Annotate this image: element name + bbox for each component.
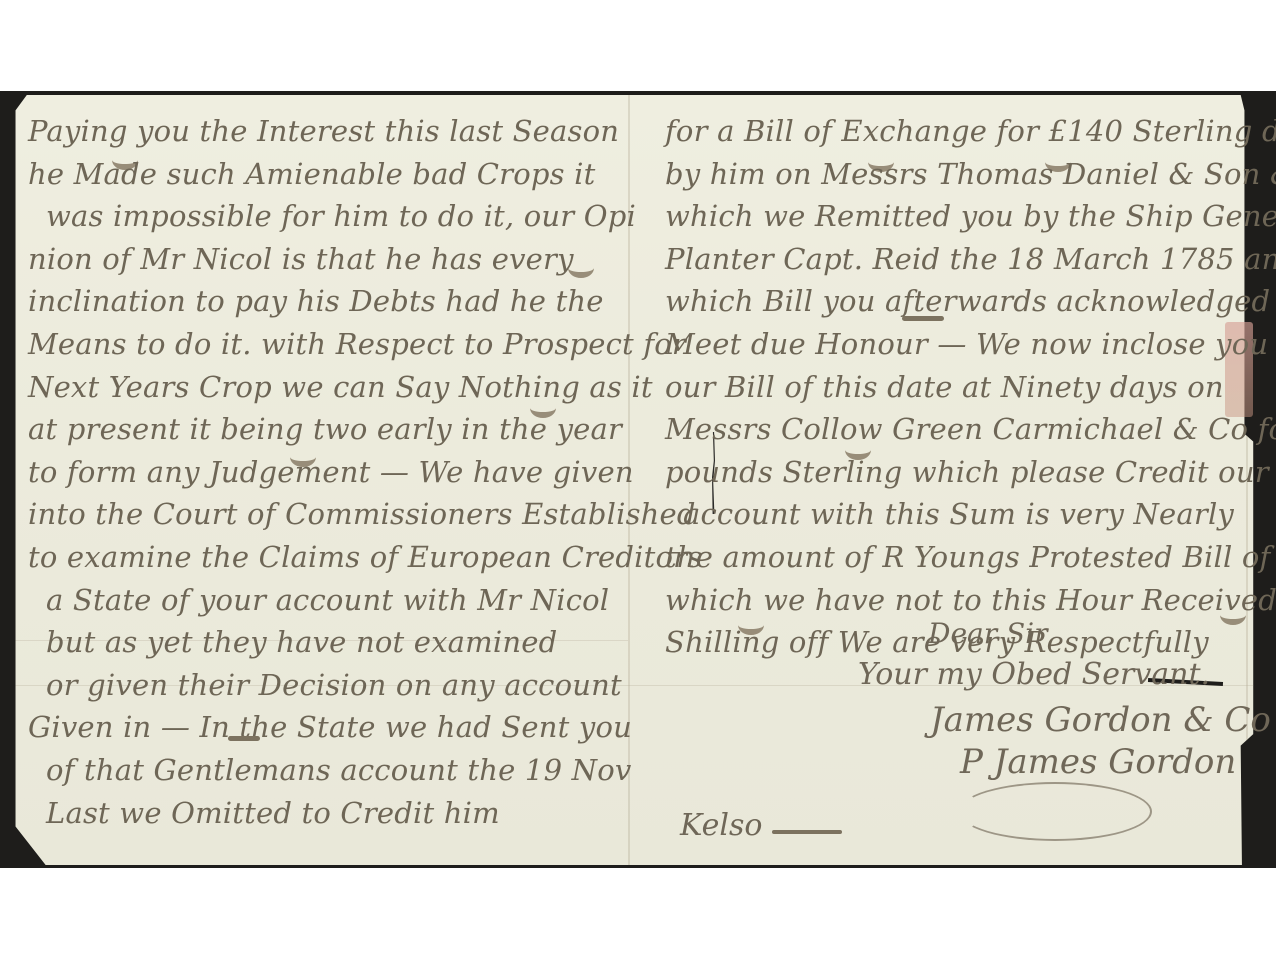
text-line: Last we Omitted to Credit him [28, 792, 648, 835]
ink-dash [228, 736, 260, 741]
text-line: to examine the Claims of European Credit… [28, 536, 648, 579]
text-line: Meet due Honour — We now inclose you [665, 323, 1265, 366]
text-line: account with this Sum is very Nearly [665, 493, 1265, 536]
text-line: into the Court of Commissioners Establis… [28, 493, 648, 536]
text-line: by him on Messrs Thomas Daniel & Son & [665, 153, 1265, 196]
text-line: our Bill of this date at Ninety days on [665, 366, 1265, 409]
place-kelso: Kelso [680, 808, 762, 843]
salutation: Dear Sir [928, 617, 1048, 650]
valediction: Your my Obed Servant. [858, 657, 1210, 692]
ink-dash [772, 830, 842, 834]
signature-firm: James Gordon & Co [930, 700, 1271, 740]
text-line: nion of Mr Nicol is that he has every [28, 238, 648, 281]
signature-per: P James Gordon [960, 742, 1236, 782]
text-line: pounds Sterling which please Credit our [665, 451, 1265, 494]
text-line: which we have not to this Hour Received … [665, 579, 1265, 622]
text-line: Next Years Crop we can Say Nothing as it [28, 366, 648, 409]
text-line: he Made such Amienable bad Crops it [28, 153, 648, 196]
text-line: Planter Capt. Reid the 18 March 1785 and [665, 238, 1265, 281]
text-line: but as yet they have not examined [28, 621, 648, 664]
text-line: of that Gentlemans account the 19 Nov [28, 749, 648, 792]
text-line: a State of your account with Mr Nicol [28, 579, 648, 622]
text-line: Given in — In the State we had Sent you [28, 706, 648, 749]
text-line: to form any Judgement — We have given [28, 451, 648, 494]
text-line: the amount of R Youngs Protested Bill of [665, 536, 1265, 579]
right-column-text: for a Bill of Exchange for £140 Sterling… [665, 110, 1265, 664]
text-line: inclination to pay his Debts had he the [28, 280, 648, 323]
text-line: Means to do it. with Respect to Prospect… [28, 323, 648, 366]
text-line: which Bill you afterwards acknowledged [665, 280, 1265, 323]
text-line: Messrs Collow Green Carmichael & Co for … [665, 408, 1265, 451]
left-column-text: Paying you the Interest this last Season… [28, 110, 648, 834]
signature-flourish [958, 782, 1152, 841]
ink-dash [902, 316, 944, 321]
text-line: for a Bill of Exchange for £140 Sterling… [665, 110, 1265, 153]
text-line: at present it being two early in the yea… [28, 408, 648, 451]
text-line: Paying you the Interest this last Season [28, 110, 648, 153]
text-line: or given their Decision on any account [28, 664, 648, 707]
text-line: was impossible for him to do it, our Opi [28, 195, 648, 238]
text-line: which we Remitted you by the Ship Genero… [665, 195, 1265, 238]
